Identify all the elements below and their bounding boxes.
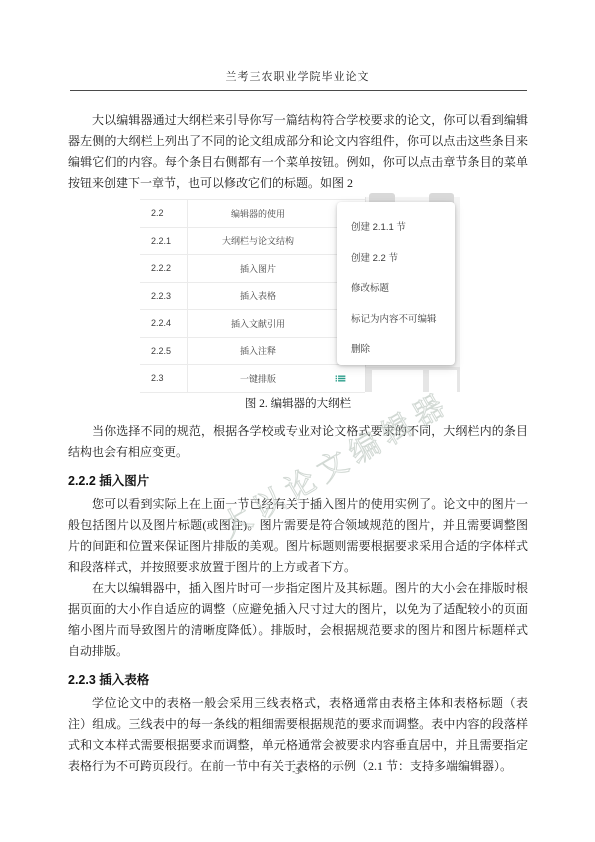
menu-item: 创建 2.1.1 节 (337, 211, 455, 242)
paragraph: 当你选择不同的规范，根据各学校或专业对论文格式要求的不同，大纲栏内的条目结构也会… (68, 421, 528, 463)
outline-row-number: 2.3 (140, 365, 188, 392)
outline-row-number: 2.2.3 (140, 283, 188, 310)
outline-row: 2.2.3 插入表格 (140, 283, 365, 311)
outline-row-number: 2.2.4 (140, 310, 188, 337)
outline-row: 2.3 一键排版 (140, 365, 365, 393)
menu-item: 创建 2.2 节 (337, 242, 455, 273)
section-heading-2-2-3: 2.2.3 插入表格 (68, 670, 528, 688)
toc-icon (328, 372, 352, 385)
outline-row-label: 编辑器的使用 (188, 207, 328, 220)
document-canvas (366, 367, 460, 392)
running-header-title: 兰考三农职业学院毕业论文 (0, 68, 595, 84)
outline-panel: 2.2 编辑器的使用 2.2.1 大纲栏与论文结构 2.2.2 插入图片 2.2… (140, 197, 366, 392)
outline-row-label: 插入图片 (188, 262, 328, 275)
outline-row-label: 一键排版 (188, 372, 328, 385)
menu-item: 标记为内容不可编辑 (337, 303, 455, 334)
paragraph: 学位论文中的表格一般会采用三线表格式，表格通常由表格主体和表格标题（表注）组成。… (68, 693, 528, 777)
section-heading-2-2-2: 2.2.2 插入图片 (68, 471, 528, 489)
paragraph: 大以编辑器通过大纲栏来引导你写一篇结构符合学校要求的论文，你可以看到编辑器左侧的… (68, 110, 528, 194)
menu-item: 修改标题 (337, 272, 455, 303)
paragraph: 您可以看到实际上在上面一节已经有关于插入图片的使用实例了。论文中的图片一般包括图… (68, 494, 528, 578)
outline-row-label: 插入文献引用 (188, 317, 328, 330)
menu-item: 删除 (337, 333, 455, 364)
page-content: 大以编辑器通过大纲栏来引导你写一篇结构符合学校要求的论文，你可以看到编辑器左侧的… (68, 110, 528, 777)
document-page: 兰考三农职业学院毕业论文 大以论文编辑器 大以编辑器通过大纲栏来引导你写一篇结构… (0, 0, 595, 842)
outline-row: 2.2 编辑器的使用 (140, 200, 365, 228)
outline-row: 2.2.5 插入注释 (140, 338, 365, 366)
figure-screenshot-outline-bar: 2.2 编辑器的使用 2.2.1 大纲栏与论文结构 2.2.2 插入图片 2.2… (140, 197, 460, 392)
outline-row-number: 2.2.5 (140, 338, 188, 365)
outline-row-number: 2.2.1 (140, 228, 188, 255)
context-menu: 创建 2.1.1 节 创建 2.2 节 修改标题 标记为内容不可编辑 删除 (337, 202, 455, 365)
document-page-thumb (372, 370, 423, 392)
outline-row: 2.2.4 插入文献引用 (140, 310, 365, 338)
outline-row-label: 插入表格 (188, 289, 328, 302)
outline-row-label: 插入注释 (188, 344, 328, 357)
paragraph: 在大以编辑器中，插入图片时可一步指定图片及其标题。图片的大小会在排版时根据页面的… (68, 578, 528, 662)
outline-row-number: 2.2.2 (140, 255, 188, 282)
outline-row-label: 大纲栏与论文结构 (188, 234, 328, 247)
document-page-thumb (429, 370, 457, 392)
figure-caption: 图 2. 编辑器的大纲栏 (68, 395, 528, 411)
outline-row-number: 2.2 (140, 200, 188, 227)
outline-row: 2.2.1 大纲栏与论文结构 (140, 228, 365, 256)
header-rule (70, 90, 527, 91)
outline-row: 2.2.2 插入图片 (140, 255, 365, 283)
